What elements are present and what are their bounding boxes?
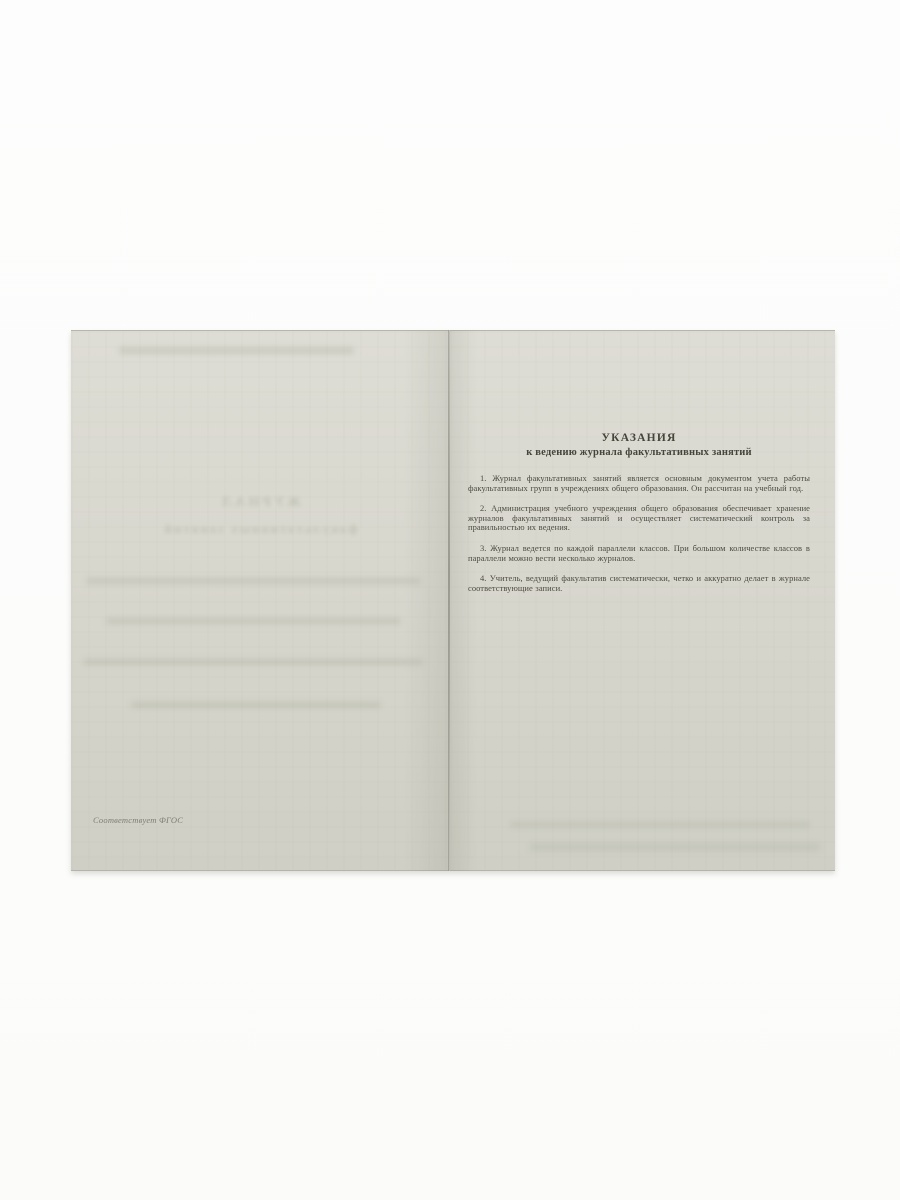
instruction-paragraph: 3. Журнал ведется по каждой параллели кл… [468, 544, 810, 563]
instruction-paragraph: 1. Журнал факультативных занятий являетс… [468, 474, 810, 493]
product-photo: ЖУРНАЛ факультативных занятий Соответств… [0, 0, 900, 1200]
instructions-subheading: к ведению журнала факультативных занятий [468, 447, 810, 458]
instructions-paragraphs: 1. Журнал факультативных занятий являетс… [468, 474, 810, 593]
show-through-title: ЖУРНАЛ [71, 495, 449, 511]
open-journal-spread: ЖУРНАЛ факультативных занятий Соответств… [71, 330, 835, 871]
show-through-subtitle: факультативных занятий [71, 521, 449, 537]
show-through-streak [119, 347, 354, 354]
center-fold [448, 330, 450, 871]
show-through-streak [530, 843, 820, 851]
show-through-streak [86, 578, 421, 584]
instruction-paragraph: 2. Администрация учебного учреждения общ… [468, 504, 810, 533]
show-through-streak [83, 659, 423, 665]
fgos-compliance-note: Соответствует ФГОС [93, 815, 183, 825]
right-page: УКАЗАНИЯ к ведению журнала факультативны… [450, 330, 835, 871]
left-page: ЖУРНАЛ факультативных занятий Соответств… [71, 330, 449, 871]
show-through-streak [510, 821, 810, 828]
show-through-streak [106, 618, 401, 624]
instruction-paragraph: 4. Учитель, ведущий факультатив системат… [468, 574, 810, 593]
instructions-heading: УКАЗАНИЯ [468, 432, 810, 444]
show-through-streak [131, 702, 381, 708]
instructions-block: УКАЗАНИЯ к ведению журнала факультативны… [468, 331, 810, 604]
